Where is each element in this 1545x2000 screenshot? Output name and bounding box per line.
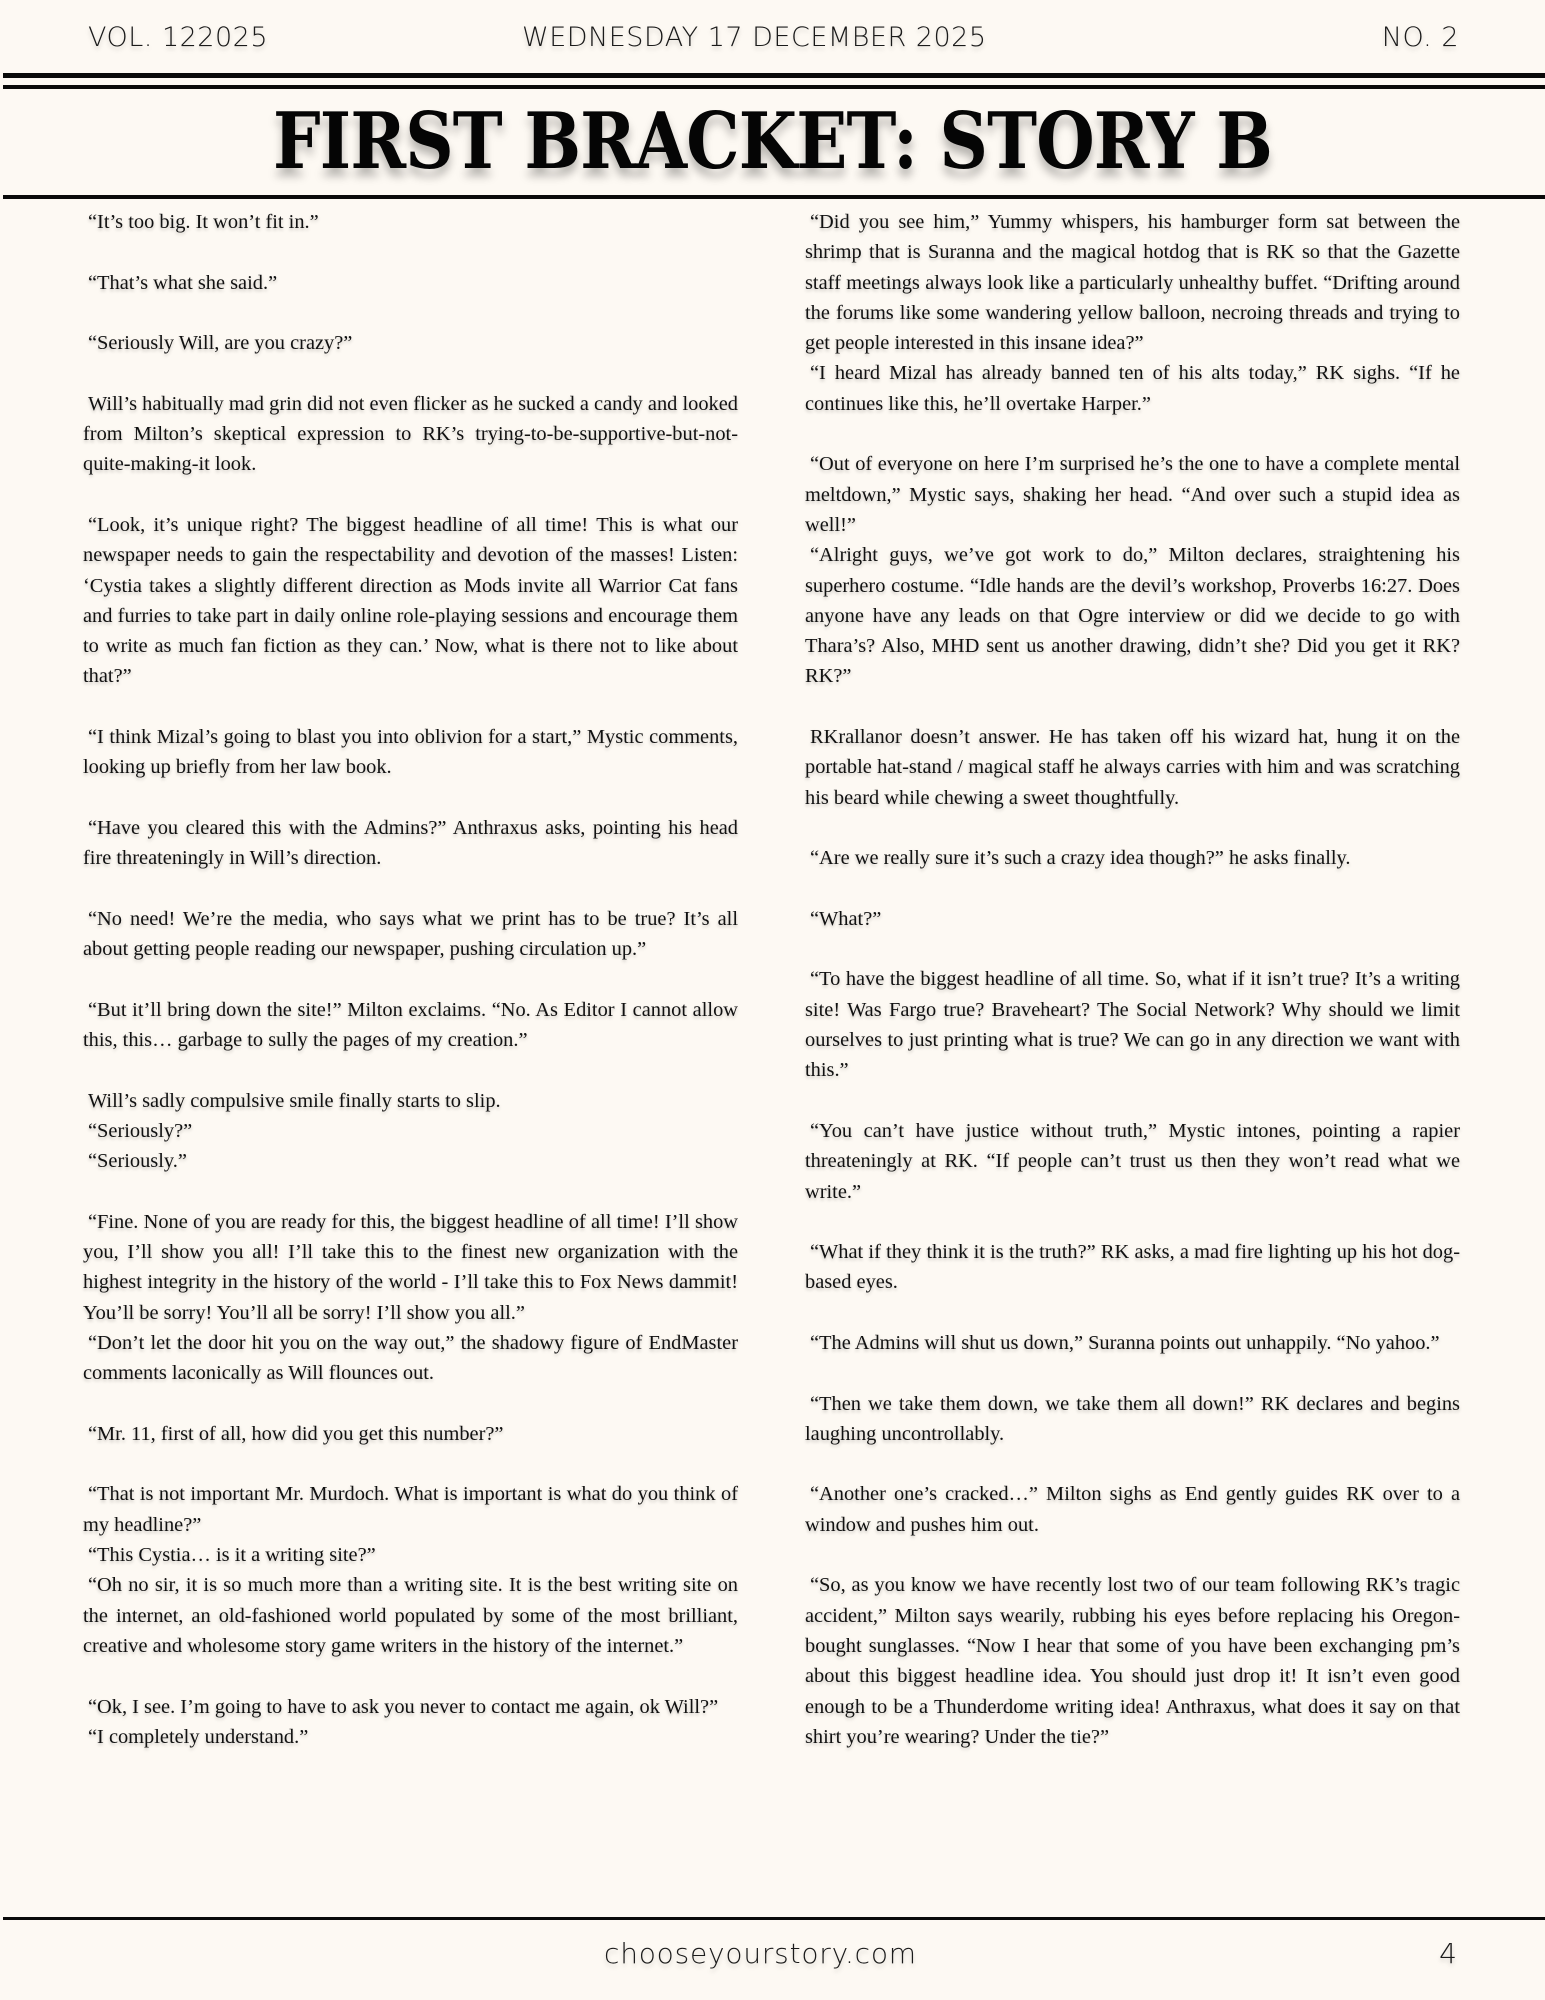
- article-paragraph: Will’s habitually mad grin did not even …: [83, 389, 738, 480]
- site-url: chooseyourstory.com: [604, 1937, 917, 1970]
- article-paragraph: “That is not important Mr. Murdoch. What…: [83, 1479, 738, 1540]
- masthead-rule-lower: [3, 85, 1545, 89]
- article-paragraph: “Oh no sir, it is so much more than a wr…: [83, 1570, 738, 1661]
- article-paragraph: “Have you cleared this with the Admins?”…: [83, 813, 738, 874]
- page-title: FIRST BRACKET: STORY B: [108, 92, 1437, 192]
- article-paragraph: “Fine. None of you are ready for this, t…: [83, 1207, 738, 1328]
- article-paragraph: “What if they think it is the truth?” RK…: [805, 1237, 1460, 1298]
- article-paragraph: “I heard Mizal has already banned ten of…: [805, 358, 1460, 419]
- article-paragraph: “The Admins will shut us down,” Suranna …: [805, 1328, 1460, 1358]
- article-paragraph: “This Cystia… is it a writing site?”: [83, 1540, 738, 1570]
- article-paragraph: “I think Mizal’s going to blast you into…: [83, 722, 738, 783]
- article-paragraph: “Alright guys, we’ve got work to do,” Mi…: [805, 540, 1460, 691]
- masthead-rule-upper: [3, 73, 1545, 78]
- article-paragraph: “You can’t have justice without truth,” …: [805, 1116, 1460, 1207]
- article-paragraph: “Seriously Will, are you crazy?”: [83, 328, 738, 358]
- article-paragraph: “Ok, I see. I’m going to have to ask you…: [83, 1692, 738, 1722]
- article-paragraph: “Don’t let the door hit you on the way o…: [83, 1328, 738, 1389]
- article-paragraph: “So, as you know we have recently lost t…: [805, 1570, 1460, 1752]
- article-paragraph: Will’s sadly compulsive smile finally st…: [83, 1086, 738, 1116]
- footer-rule: [3, 1917, 1545, 1920]
- article-paragraph: “To have the biggest headline of all tim…: [805, 964, 1460, 1085]
- article-paragraph: “I completely understand.”: [83, 1722, 738, 1752]
- article-paragraph: “Seriously?”: [83, 1116, 738, 1146]
- article-paragraph: “That’s what she said.”: [83, 268, 738, 298]
- article-paragraph: “Then we take them down, we take them al…: [805, 1389, 1460, 1450]
- article-paragraph: “Mr. 11, first of all, how did you get t…: [83, 1419, 738, 1449]
- issue-date: WEDNESDAY 17 DECEMBER 2025: [522, 22, 987, 53]
- article-paragraph: “But it’ll bring down the site!” Milton …: [83, 995, 738, 1056]
- article-paragraph: “Another one’s cracked…” Milton sighs as…: [805, 1479, 1460, 1540]
- article-paragraph: “No need! We’re the media, who says what…: [83, 904, 738, 965]
- article-paragraph: “Look, it’s unique right? The biggest he…: [83, 510, 738, 692]
- masthead-meta: VOL. 122025 WEDNESDAY 17 DECEMBER 2025 N…: [0, 18, 1545, 62]
- article-paragraph: “Are we really sure it’s such a crazy id…: [805, 843, 1460, 873]
- article-paragraph: “It’s too big. It won’t fit in.”: [83, 207, 738, 237]
- article-paragraph: RKrallanor doesn’t answer. He has taken …: [805, 722, 1460, 813]
- volume-label: VOL. 122025: [88, 22, 268, 53]
- headline-rule: [3, 195, 1545, 199]
- issue-number: NO. 2: [1382, 22, 1459, 53]
- article-paragraph: “Did you see him,” Yummy whispers, his h…: [805, 207, 1460, 358]
- article-column-right: “Did you see him,” Yummy whispers, his h…: [805, 207, 1460, 1752]
- article-paragraph: “Seriously.”: [83, 1146, 738, 1176]
- article-paragraph: “What?”: [805, 904, 1460, 934]
- article-paragraph: “Out of everyone on here I’m surprised h…: [805, 449, 1460, 540]
- page-footer: chooseyourstory.com 4: [0, 1937, 1545, 1977]
- page-number: 4: [1439, 1937, 1457, 1970]
- article-column-left: “It’s too big. It won’t fit in.”“That’s …: [83, 207, 738, 1752]
